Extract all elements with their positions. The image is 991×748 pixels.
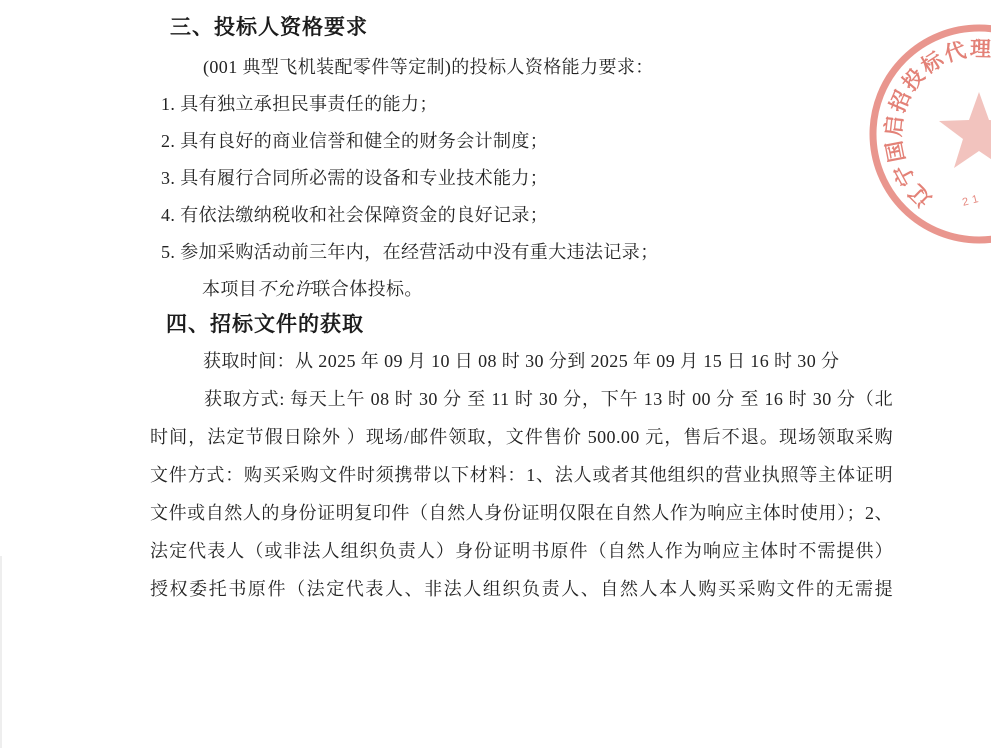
section4-heading: 四、招标文件的获取 [166,308,364,338]
note-suffix: 联合体投标。 [312,279,422,299]
scan-edge-artifact [0,556,2,748]
qualification-item: 3. 具有履行合同所必需的设备和专业技术能力； [161,164,548,190]
qualification-item: 4. 有依法缴纳税收和社会保障资金的良好记录； [161,201,548,227]
section3-heading: 三、投标人资格要求 [170,11,368,41]
section3-intro: (001 典型飞机装配零件等定制)的投标人资格能力要求： [203,53,654,79]
note-emphasis: 不允许 [257,279,312,299]
qualification-item: 1. 具有独立承担民事责任的能力； [161,90,438,116]
obtain-method-paragraph: 获取方式: 每天上午 08 时 30 分 至 11 时 30 分，下午 13 时… [150,381,893,609]
paragraph-line: 获取方式: 每天上午 08 时 30 分 至 11 时 30 分，下午 13 时… [150,381,893,419]
paragraph-line: 法定代表人（或非法人组织负责人）身份证明书原件（自然人作为响应主体时不需提供）3… [150,533,893,571]
paragraph-line: 授权委托书原件（法定代表人、非法人组织负责人、自然人本人购买采购文件的无需提供）… [150,571,893,609]
svg-text:辽宁国启招投标代理: 辽宁国启招投标代理 [881,37,991,212]
paragraph-line: 时间，法定节假日除外 ）现场/邮件领取，文件售价 500.00 元，售后不退。现… [150,419,893,457]
stamp-serial-number: 21 [961,192,984,209]
stamp-star-icon [939,92,991,168]
obtain-time-line: 获取时间：从 2025 年 09 月 10 日 08 时 30 分到 2025 … [203,347,839,373]
paragraph-line: 文件或自然人的身份证明复印件（自然人身份证明仅限在自然人作为响应主体时使用）；2… [150,495,893,533]
note-prefix: 本项目 [202,279,257,299]
red-seal-stamp: 辽宁国启招投标代理 21 [850,0,991,280]
paragraph-line: 文件方式：购买采购文件时须携带以下材料：1、法人或者其他组织的营业执照等主体证明 [150,457,893,495]
stamp-arc-text: 辽宁国启招投标代理 [881,37,991,212]
qualification-item: 5. 参加采购活动前三年内，在经营活动中没有重大违法记录； [161,238,659,264]
document-page: 三、投标人资格要求 (001 典型飞机装配零件等定制)的投标人资格能力要求： 1… [0,0,991,748]
consortium-note: 本项目不允许联合体投标。 [202,275,423,301]
stamp-ring [873,28,991,240]
qualification-item: 2. 具有良好的商业信誉和健全的财务会计制度； [161,127,548,153]
